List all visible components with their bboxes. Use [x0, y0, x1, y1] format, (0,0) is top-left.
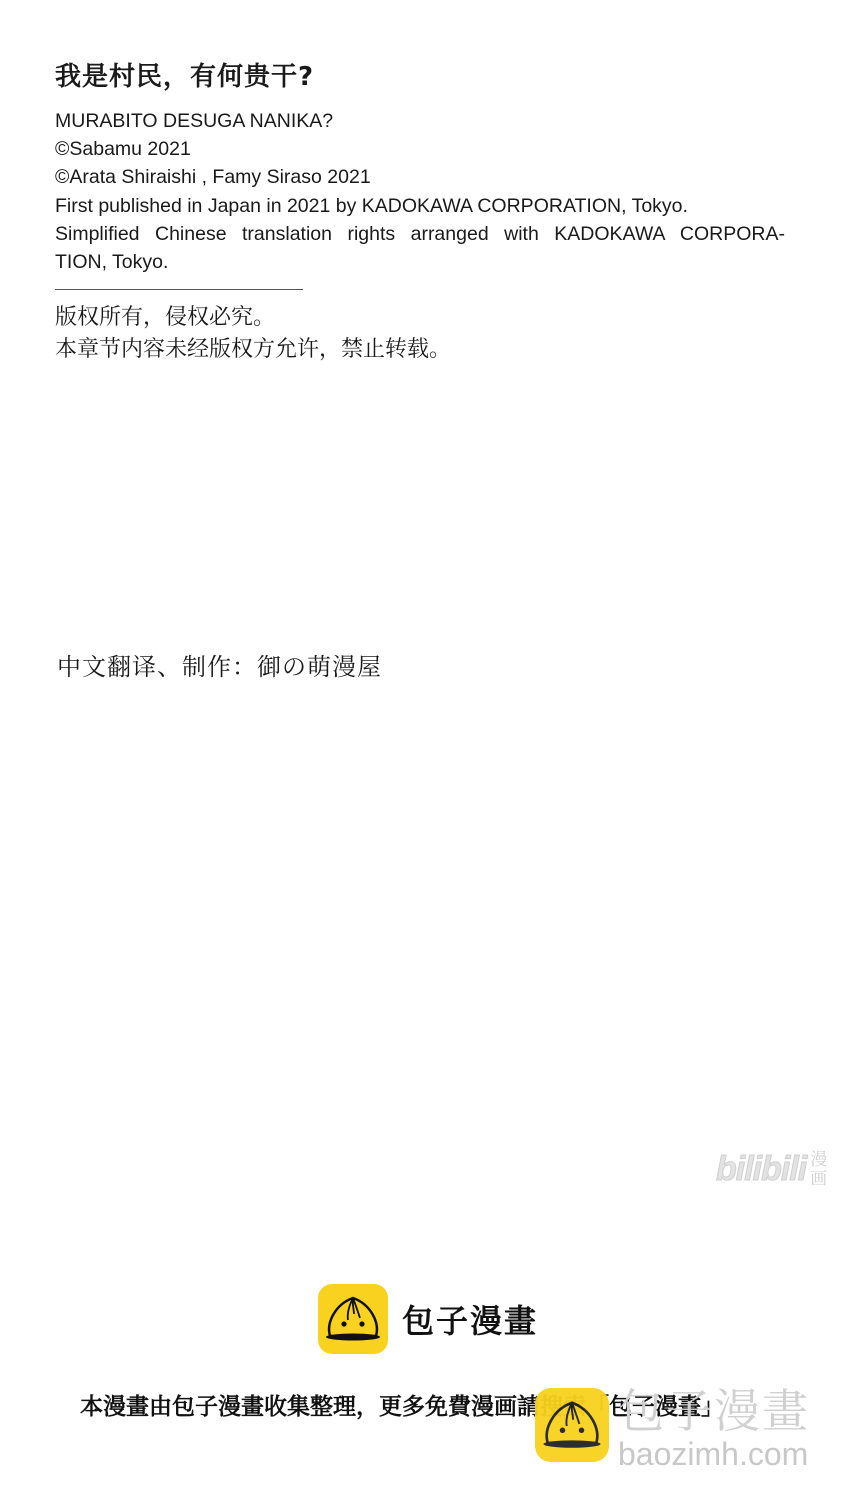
- rights-line: 版权所有，侵权必究。: [55, 302, 451, 334]
- credit-line: Simplified Chinese translation rights ar…: [55, 220, 785, 248]
- separator-line: [55, 289, 303, 290]
- site-watermark: 包子漫畫 baozimh.com: [618, 1386, 810, 1472]
- site-watermark-url: baozimh.com: [618, 1436, 810, 1472]
- credit-line: ©Sabamu 2021: [55, 135, 785, 163]
- bilibili-logo: bilibili: [716, 1150, 806, 1189]
- translator-credit: 中文翻译、制作：御の萌漫屋: [57, 647, 382, 682]
- bilibili-manhua-watermark: bilibili 漫 画: [716, 1150, 827, 1189]
- brand-logo: 包子漫畫: [318, 1284, 538, 1354]
- credit-line: ©Arata Shiraishi , Famy Siraso 2021: [55, 163, 785, 191]
- brand-name: 包子漫畫: [402, 1296, 538, 1342]
- credit-line: MURABITO DESUGA NANIKA?: [55, 107, 785, 135]
- rights-notice: 版权所有，侵权必究。 本章节内容未经版权方允许，禁止转载。: [55, 302, 451, 366]
- steamed-bun-icon: [318, 1284, 388, 1354]
- site-watermark-name: 包子漫畫: [618, 1386, 810, 1436]
- rights-line: 本章节内容未经版权方允许，禁止转载。: [55, 334, 451, 366]
- manga-title: 我是村民，有何贵干?: [55, 56, 314, 93]
- credit-line: TION, Tokyo.: [55, 248, 785, 276]
- manhua-label: 漫 画: [810, 1151, 827, 1189]
- copyright-credits: MURABITO DESUGA NANIKA? ©Sabamu 2021 ©Ar…: [55, 107, 785, 276]
- watermark-bun-icon: [535, 1388, 609, 1462]
- credit-line: First published in Japan in 2021 by KADO…: [55, 192, 785, 220]
